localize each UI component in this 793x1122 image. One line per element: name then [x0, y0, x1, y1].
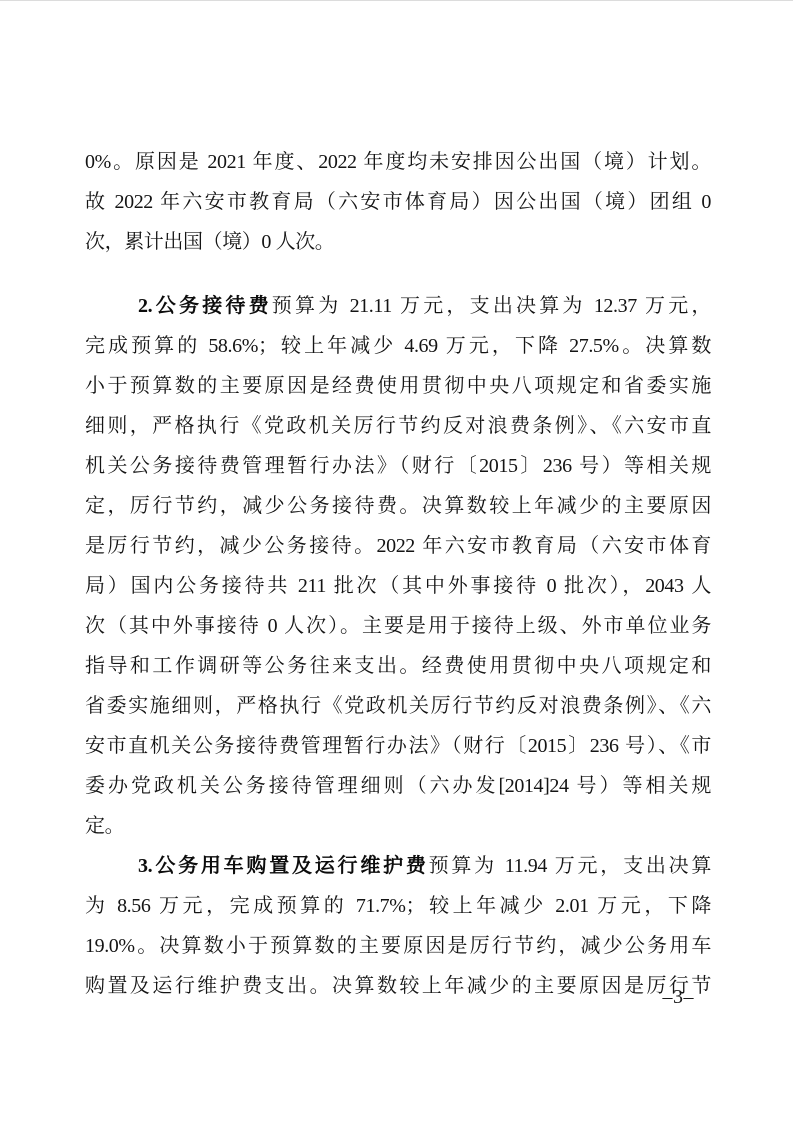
- text-line: 次（其中外事接待 0 人次）。主要是用于接待上级、外市单位业务: [85, 606, 711, 646]
- text-line: 购置及运行维护费支出。决算数较上年减少的主要原因是厉行节: [85, 966, 711, 1006]
- line-text: 预算为 11.94 万元，支出决算: [429, 855, 711, 877]
- text-line: 局）国内公务接待共 211 批次（其中外事接待 0 批次），2043 人: [85, 566, 711, 606]
- paragraph-heading: 3.公务用车购置及运行维护费: [138, 855, 429, 877]
- text-line: 安市直机关公务接待费管理暂行办法》（财行〔2015〕236 号）、《市: [85, 726, 711, 766]
- text-line: 0%。原因是 2021 年度、2022 年度均未安排因公出国（境）计划。: [85, 142, 711, 182]
- document-body: 0%。原因是 2021 年度、2022 年度均未安排因公出国（境）计划。故 20…: [85, 142, 711, 1006]
- text-line: 定。: [85, 806, 711, 846]
- text-line: 19.0%。决算数小于预算数的主要原因是厉行节约，减少公务用车: [85, 926, 711, 966]
- text-line: 省委实施细则，严格执行《党政机关厉行节约反对浪费条例》、《六: [85, 686, 711, 726]
- paragraph-heading: 2.公务接待费: [138, 295, 272, 317]
- paragraph: 2.公务接待费预算为 21.11 万元，支出决算为 12.37 万元，完成预算的…: [85, 286, 711, 846]
- text-line: 完成预算的 58.6%；较上年减少 4.69 万元，下降 27.5%。决算数: [85, 326, 711, 366]
- text-line: 细则，严格执行《党政机关厉行节约反对浪费条例》、《六安市直: [85, 406, 711, 446]
- text-line: 为 8.56 万元，完成预算的 71.7%；较上年减少 2.01 万元，下降: [85, 886, 711, 926]
- text-line: 3.公务用车购置及运行维护费预算为 11.94 万元，支出决算: [85, 846, 711, 886]
- paragraph: 0%。原因是 2021 年度、2022 年度均未安排因公出国（境）计划。故 20…: [85, 142, 711, 262]
- paragraph: 3.公务用车购置及运行维护费预算为 11.94 万元，支出决算为 8.56 万元…: [85, 846, 711, 1006]
- page-number: –3–: [663, 986, 695, 1008]
- text-line: 指导和工作调研等公务往来支出。经费使用贯彻中央八项规定和: [85, 646, 711, 686]
- text-line: 是厉行节约，减少公务接待。2022 年六安市教育局（六安市体育: [85, 526, 711, 566]
- text-line: 委办党政机关公务接待管理细则（六办发[2014]24 号）等相关规: [85, 766, 711, 806]
- text-line: 机关公务接待费管理暂行办法》（财行〔2015〕236 号）等相关规: [85, 446, 711, 486]
- text-line: 次，累计出国（境）0 人次。: [85, 222, 711, 262]
- document-page: 0%。原因是 2021 年度、2022 年度均未安排因公出国（境）计划。故 20…: [0, 0, 793, 1122]
- line-text: 预算为 21.11 万元，支出决算为 12.37 万元，: [272, 295, 711, 317]
- text-line: 2.公务接待费预算为 21.11 万元，支出决算为 12.37 万元，: [85, 286, 711, 326]
- text-line: 定，厉行节约，减少公务接待费。决算数较上年减少的主要原因: [85, 486, 711, 526]
- page-top-edge: [0, 0, 793, 1]
- text-line: 小于预算数的主要原因是经费使用贯彻中央八项规定和省委实施: [85, 366, 711, 406]
- text-line: 故 2022 年六安市教育局（六安市体育局）因公出国（境）团组 0: [85, 182, 711, 222]
